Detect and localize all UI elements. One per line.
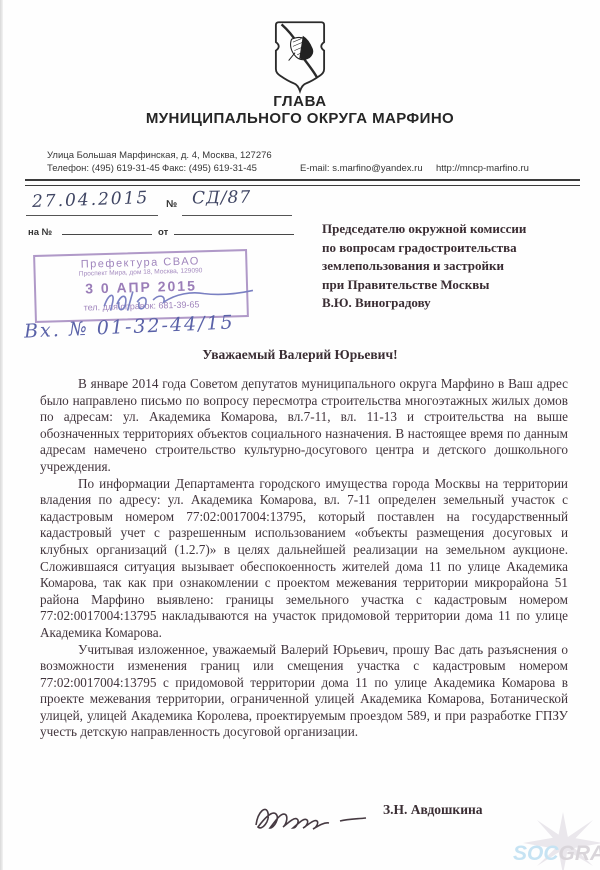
letter-body: В январе 2014 года Советом депутатов мун… [40, 376, 568, 741]
recipient-line: В.Ю. Виноградову [322, 294, 578, 313]
watermark-text-grad: GRAD [559, 842, 600, 865]
org-phone: Телефон: (495) 619-31-45 [47, 163, 160, 174]
scanned-letter-page: ГЛАВА МУНИЦИПАЛЬНОГО ОКРУГА МАРФИНО Улиц… [0, 0, 600, 870]
org-title-line1: ГЛАВА [0, 93, 600, 110]
signatory-name: З.Н. Авдошкина [383, 802, 483, 818]
body-paragraph-2: По информации Департамента городского им… [40, 476, 568, 642]
reply-to-blank-line [62, 234, 152, 235]
scan-edge-artifact [0, 0, 3, 870]
watermark-text: SOCGRAD [513, 842, 600, 866]
handwritten-signature [250, 797, 372, 839]
recipient-line: землепользования и застройки [322, 257, 578, 276]
body-paragraph-1: В январе 2014 года Советом депутатов мун… [40, 376, 568, 476]
org-email: E-mail: s.marfino@yandex.ru [300, 163, 423, 174]
recipient-line: по вопросам градостроительства [322, 239, 578, 258]
org-address: Улица Большая Марфинская, д. 4, Москва, … [47, 150, 272, 161]
org-title-line2: МУНИЦИПАЛЬНОГО ОКРУГА МАРФИНО [0, 110, 600, 127]
letterhead-divider [25, 179, 580, 186]
handwritten-outgoing-number: СД/87 [192, 187, 252, 208]
number-sign-label: № [166, 199, 177, 210]
salutation: Уважаемый Валерий Юрьевич! [0, 347, 600, 363]
body-paragraph-3: Учитывая изложенное, уважаемый Валерий Ю… [40, 642, 568, 742]
reply-to-label: на № [28, 227, 52, 238]
socgrad-watermark: SOCGRAD [505, 812, 600, 870]
watermark-text-soc: SOC [513, 842, 559, 865]
marfino-coat-of-arms-icon [258, 18, 342, 96]
number-underline [182, 215, 292, 216]
handwritten-outgoing-date: 27.04.2015 [32, 188, 150, 212]
stamp-handwritten-mark [95, 283, 260, 317]
org-fax: Факс: (495) 619-31-45 [162, 163, 257, 174]
org-website: http://mncp-marfino.ru [436, 163, 529, 174]
recipient-line: при Правительстве Москвы [322, 276, 578, 295]
recipient-line: Председателю окружной комиссии [322, 220, 578, 239]
from-blank-line [174, 234, 294, 235]
recipient-block: Председателю окружной комиссии по вопрос… [322, 220, 578, 313]
from-label: от [158, 227, 168, 238]
date-underline [26, 215, 158, 216]
